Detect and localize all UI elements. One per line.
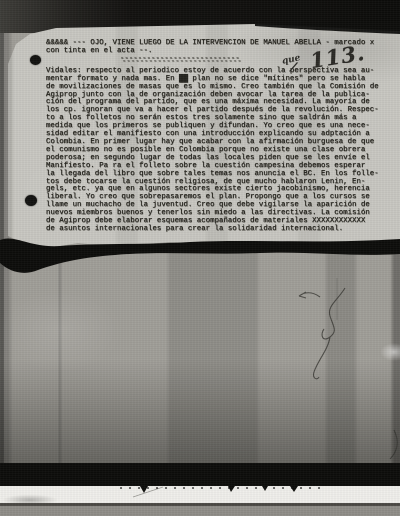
photocopy-scan: &&&&& --- OJO, VIENE LUEGO DE LA INTERVE… [0, 0, 400, 516]
typed-divider-row: --------------------------- [122, 59, 242, 67]
bottom-white-strip [0, 486, 400, 503]
document-paper: &&&&& --- OJO, VIENE LUEGO DE LA INTERVE… [8, 24, 400, 258]
typed-line: de asuntos internacionales para crear la… [46, 226, 386, 234]
ink-dot-top [30, 55, 41, 65]
ink-dot-bottom [25, 195, 37, 206]
bottom-exposure-band [0, 463, 400, 486]
typed-paragraph: Vidales: respecto al periodico estoy de … [46, 68, 386, 234]
bottom-gray-strip [0, 503, 400, 516]
